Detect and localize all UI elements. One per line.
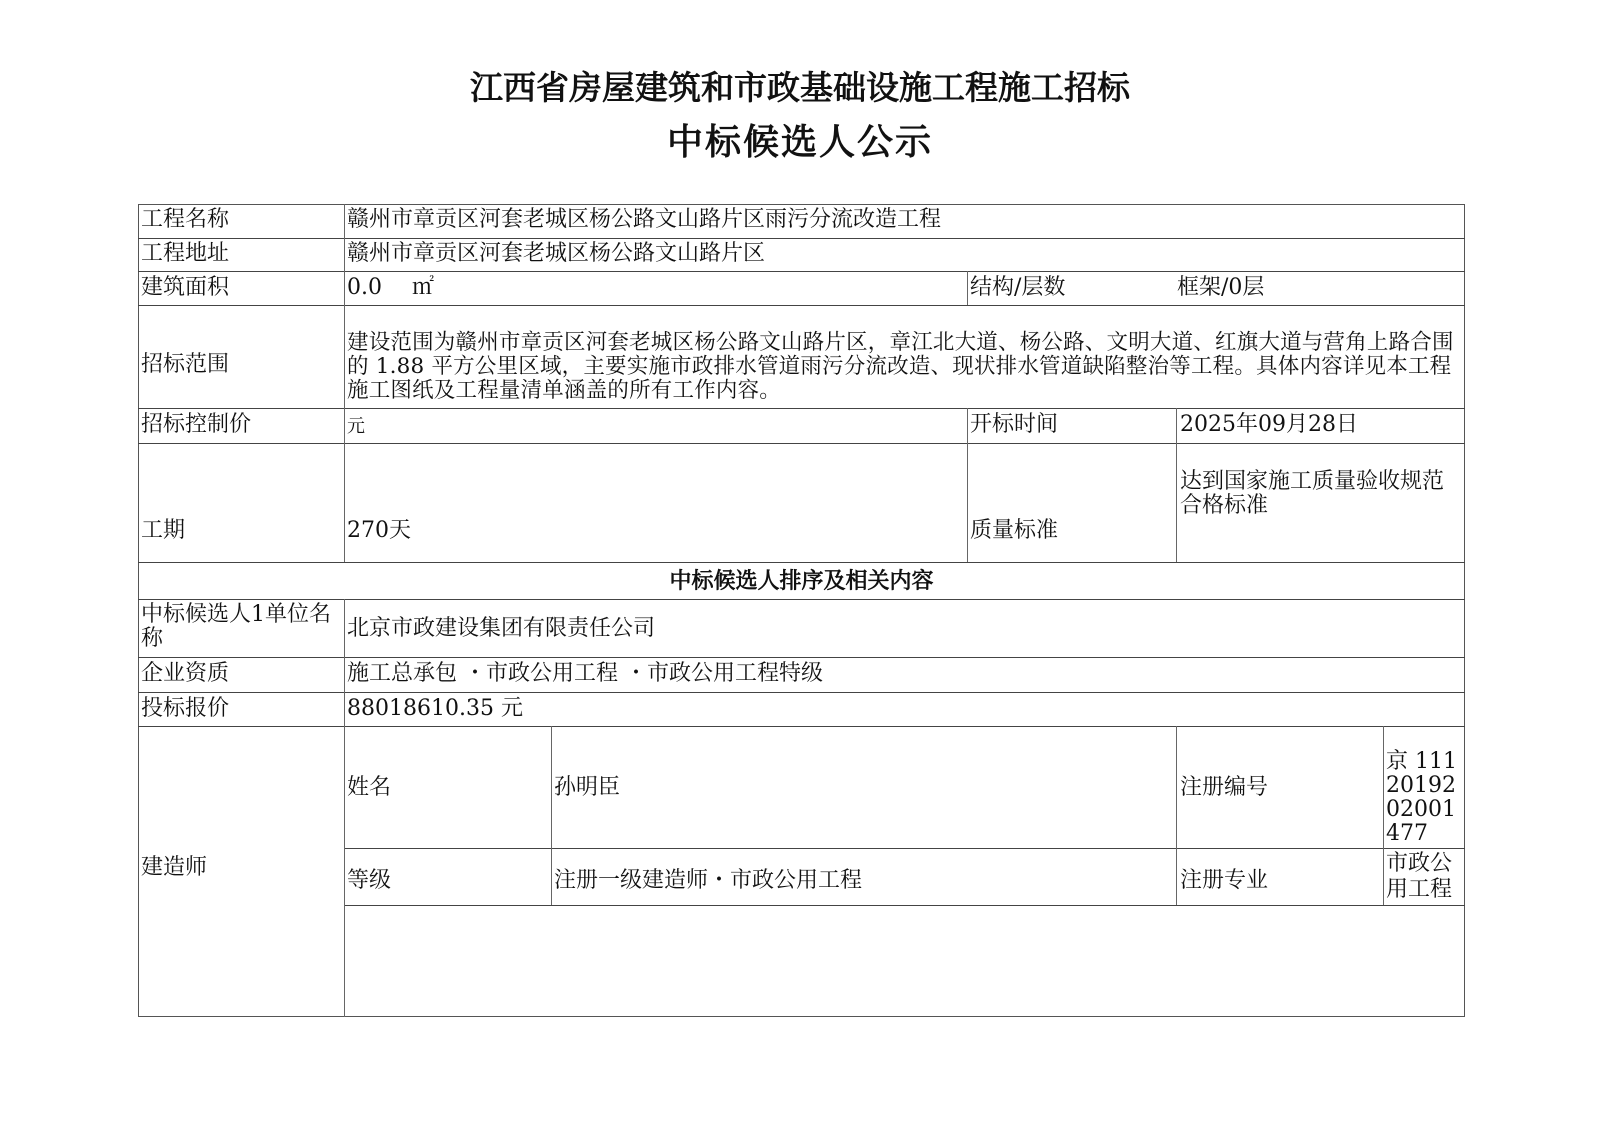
qualification-label: 企业资质 bbox=[141, 662, 229, 686]
building-area-number: 0.0 bbox=[347, 275, 382, 300]
control-price-value: 元 bbox=[347, 415, 365, 439]
tender-scope-label: 招标范围 bbox=[141, 353, 229, 377]
bid-price-label: 投标报价 bbox=[141, 697, 229, 721]
document-title-line1: 江西省房屋建筑和市政基础设施工程施工招标 bbox=[0, 62, 1600, 109]
building-area-value: 0.0㎡ bbox=[347, 276, 434, 300]
qualification-value: 施工总承包 ・市政公用工程 ・市政公用工程特级 bbox=[347, 662, 823, 686]
building-area-unit: ㎡ bbox=[412, 275, 434, 300]
col-divider bbox=[1176, 408, 1177, 562]
row-divider bbox=[138, 238, 1465, 239]
row-divider bbox=[344, 848, 1465, 849]
col-divider bbox=[967, 408, 968, 562]
col-divider bbox=[1383, 726, 1384, 905]
structure-label: 结构/层数 bbox=[970, 276, 1065, 300]
candidate1-unit-label: 中标候选人1单位名称 bbox=[141, 603, 341, 651]
row-divider bbox=[138, 443, 1465, 444]
builder-label: 建造师 bbox=[141, 856, 207, 880]
project-address-value: 赣州市章贡区河套老城区杨公路文山路片区 bbox=[347, 242, 765, 266]
row-divider bbox=[138, 692, 1465, 693]
row-divider bbox=[138, 271, 1465, 272]
col-divider bbox=[967, 271, 968, 305]
col-divider bbox=[1176, 726, 1177, 905]
row-divider bbox=[138, 726, 1465, 727]
builder-level-label: 等级 bbox=[347, 869, 391, 893]
building-area-label: 建筑面积 bbox=[141, 276, 229, 300]
row-divider bbox=[138, 657, 1465, 658]
reg-major-label: 注册专业 bbox=[1180, 869, 1268, 893]
col-divider bbox=[551, 726, 552, 905]
reg-no-value: 京 1112019202001477 bbox=[1386, 750, 1462, 846]
candidate1-unit-value: 北京市政建设集团有限责任公司 bbox=[347, 617, 655, 641]
duration-value: 270天 bbox=[347, 519, 411, 543]
candidates-section-heading: 中标候选人排序及相关内容 bbox=[138, 569, 1465, 593]
builder-level-value: 注册一级建造师・市政公用工程 bbox=[554, 869, 862, 893]
row-divider bbox=[138, 305, 1465, 306]
tender-scope-value: 建设范围为赣州市章贡区河套老城区杨公路文山路片区，章江北大道、杨公路、文明大道、… bbox=[347, 331, 1455, 403]
project-address-label: 工程地址 bbox=[141, 242, 229, 266]
row-divider bbox=[138, 599, 1465, 600]
project-name-label: 工程名称 bbox=[141, 208, 229, 232]
duration-label: 工期 bbox=[141, 519, 185, 543]
open-time-value: 2025年09月28日 bbox=[1180, 413, 1358, 437]
quality-label: 质量标准 bbox=[970, 519, 1058, 543]
reg-major-value: 市政公用工程 bbox=[1386, 851, 1462, 903]
row-divider bbox=[138, 408, 1465, 409]
builder-name-value: 孙明臣 bbox=[554, 776, 620, 800]
reg-no-label: 注册编号 bbox=[1180, 776, 1268, 800]
quality-value: 达到国家施工质量验收规范合格标准 bbox=[1180, 470, 1460, 518]
document-title-line2: 中标候选人公示 bbox=[0, 114, 1600, 165]
row-divider bbox=[344, 905, 1465, 906]
open-time-label: 开标时间 bbox=[970, 413, 1058, 437]
project-name-value: 赣州市章贡区河套老城区杨公路文山路片区雨污分流改造工程 bbox=[347, 208, 941, 232]
col-divider bbox=[344, 204, 345, 562]
col-divider bbox=[344, 599, 345, 1017]
builder-name-label: 姓名 bbox=[347, 776, 391, 800]
bid-price-value: 88018610.35 元 bbox=[347, 697, 523, 721]
control-price-label: 招标控制价 bbox=[141, 413, 251, 437]
structure-value: 框架/0层 bbox=[1177, 276, 1264, 300]
row-divider bbox=[138, 562, 1465, 563]
